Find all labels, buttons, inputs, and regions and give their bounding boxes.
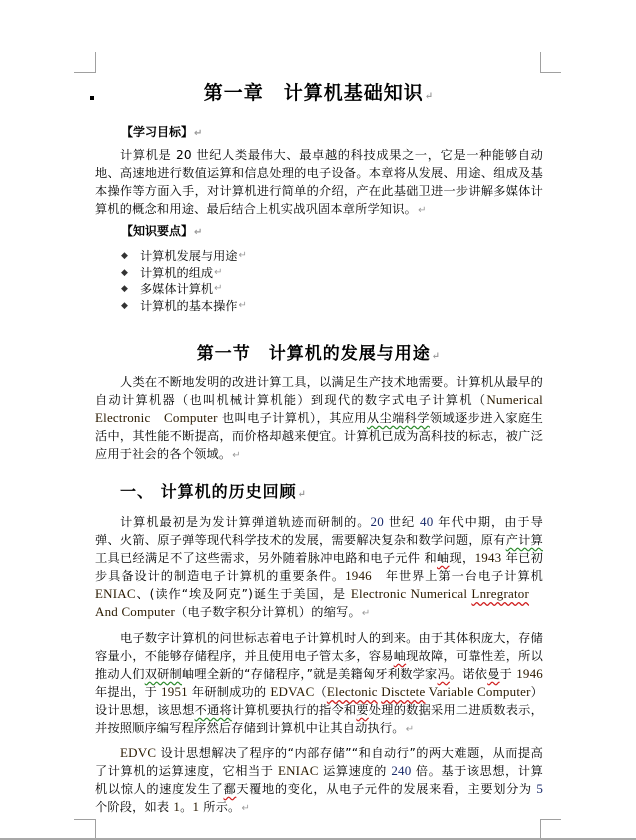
spell-check-underline: Electonic <box>327 684 378 699</box>
objectives-label[interactable]: 【学习目标】↵ <box>121 123 202 140</box>
section-intro-paragraph[interactable]: 人类在不断地发明的改进计算工具，以满足生产技术地需要。计算机从最早的自动计算机器… <box>95 373 543 465</box>
list-item[interactable]: ◆计算机的组成↵ <box>121 265 247 282</box>
grammar-check-underline: 从尘端科学 <box>367 411 430 425</box>
history-paragraph-1[interactable]: 计算机最初是为发计算弹道轨迹而研制的。20 世纪 40 年代中期，由于导弹、火箭… <box>95 513 543 623</box>
paragraph-mark-icon: ↵ <box>232 450 241 461</box>
spell-check-underline: 鄱 <box>223 782 236 796</box>
spell-check-underline: Lnregrator <box>471 586 529 601</box>
arrow-bullet-icon: ◆ <box>121 281 131 298</box>
spell-check-underline: 要 <box>356 703 368 717</box>
paragraph-mark-icon: ↵ <box>418 205 427 216</box>
arrow-bullet-icon: ◆ <box>121 248 131 265</box>
key-points-list: ◆计算机发展与用途↵ ◆计算机的组成↵ ◆多媒体计算机↵ ◆计算机的基本操作↵ <box>121 248 247 314</box>
spell-check-underline: 冯 <box>437 667 449 681</box>
paragraph-mark-icon: ↵ <box>194 128 202 139</box>
spell-check-underline: 岫 <box>437 551 450 565</box>
paragraph-mark-icon: ↵ <box>194 227 202 238</box>
list-item[interactable]: ◆多媒体计算机↵ <box>121 281 247 298</box>
arrow-bullet-icon: ◆ <box>121 265 131 282</box>
crop-mark-top-right <box>540 52 561 73</box>
paragraph-mark-icon: ↵ <box>432 351 441 362</box>
paragraph-anchor-marker <box>90 96 94 100</box>
paragraph-mark-icon: ↵ <box>241 803 250 814</box>
grammar-check-underline: 不通将 <box>195 703 232 717</box>
paragraph-mark-icon: ↵ <box>362 608 371 619</box>
paragraph-mark-icon: ↵ <box>214 265 222 282</box>
history-paragraph-2[interactable]: 电子数字计算机的问世标志着电子计算机时人的到来。由于其体积庞大，存储容量小，不能… <box>95 629 543 739</box>
paragraph-mark-icon: ↵ <box>214 281 222 298</box>
spell-check-underline: 岫 <box>394 649 406 663</box>
key-points-label[interactable]: 【知识要点】↵ <box>121 222 202 239</box>
crop-mark-top-left <box>74 52 96 73</box>
chapter-title[interactable]: 第一章 计算机基础知识↵ <box>95 78 543 105</box>
paragraph-mark-icon: ↵ <box>425 91 434 102</box>
objectives-paragraph[interactable]: 计算机是 20 世纪人类最伟大、最卓越的科技成果之一，它是一种能够自动地、高速地… <box>95 146 543 220</box>
paragraph-mark-icon: ↵ <box>239 298 247 315</box>
spell-check-underline: Disctete <box>381 684 425 699</box>
history-paragraph-3[interactable]: EDVC 设计思想解决了程序的“内部存储”“和自动行”的两大难题，从而提高了计算… <box>95 744 543 818</box>
list-item[interactable]: ◆计算机的基本操作↵ <box>121 298 247 315</box>
spell-check-underline: 曼 <box>487 667 499 681</box>
crop-mark-bottom-left <box>74 819 96 840</box>
arrow-bullet-icon: ◆ <box>121 298 131 315</box>
paragraph-mark-icon: ↵ <box>239 248 247 265</box>
list-item[interactable]: ◆计算机发展与用途↵ <box>121 248 247 265</box>
subsection-title[interactable]: 一、 计算机的历史回顾↵ <box>120 479 307 502</box>
crop-mark-bottom-right <box>540 819 561 840</box>
grammar-check-underline: 双研制 <box>145 667 182 681</box>
grammar-check-underline: 产计算 <box>506 533 543 547</box>
paragraph-mark-icon: ↵ <box>406 724 415 735</box>
paragraph-mark-icon: ↵ <box>298 489 307 500</box>
section-title[interactable]: 第一节 计算机的发展与用途↵ <box>95 339 543 364</box>
